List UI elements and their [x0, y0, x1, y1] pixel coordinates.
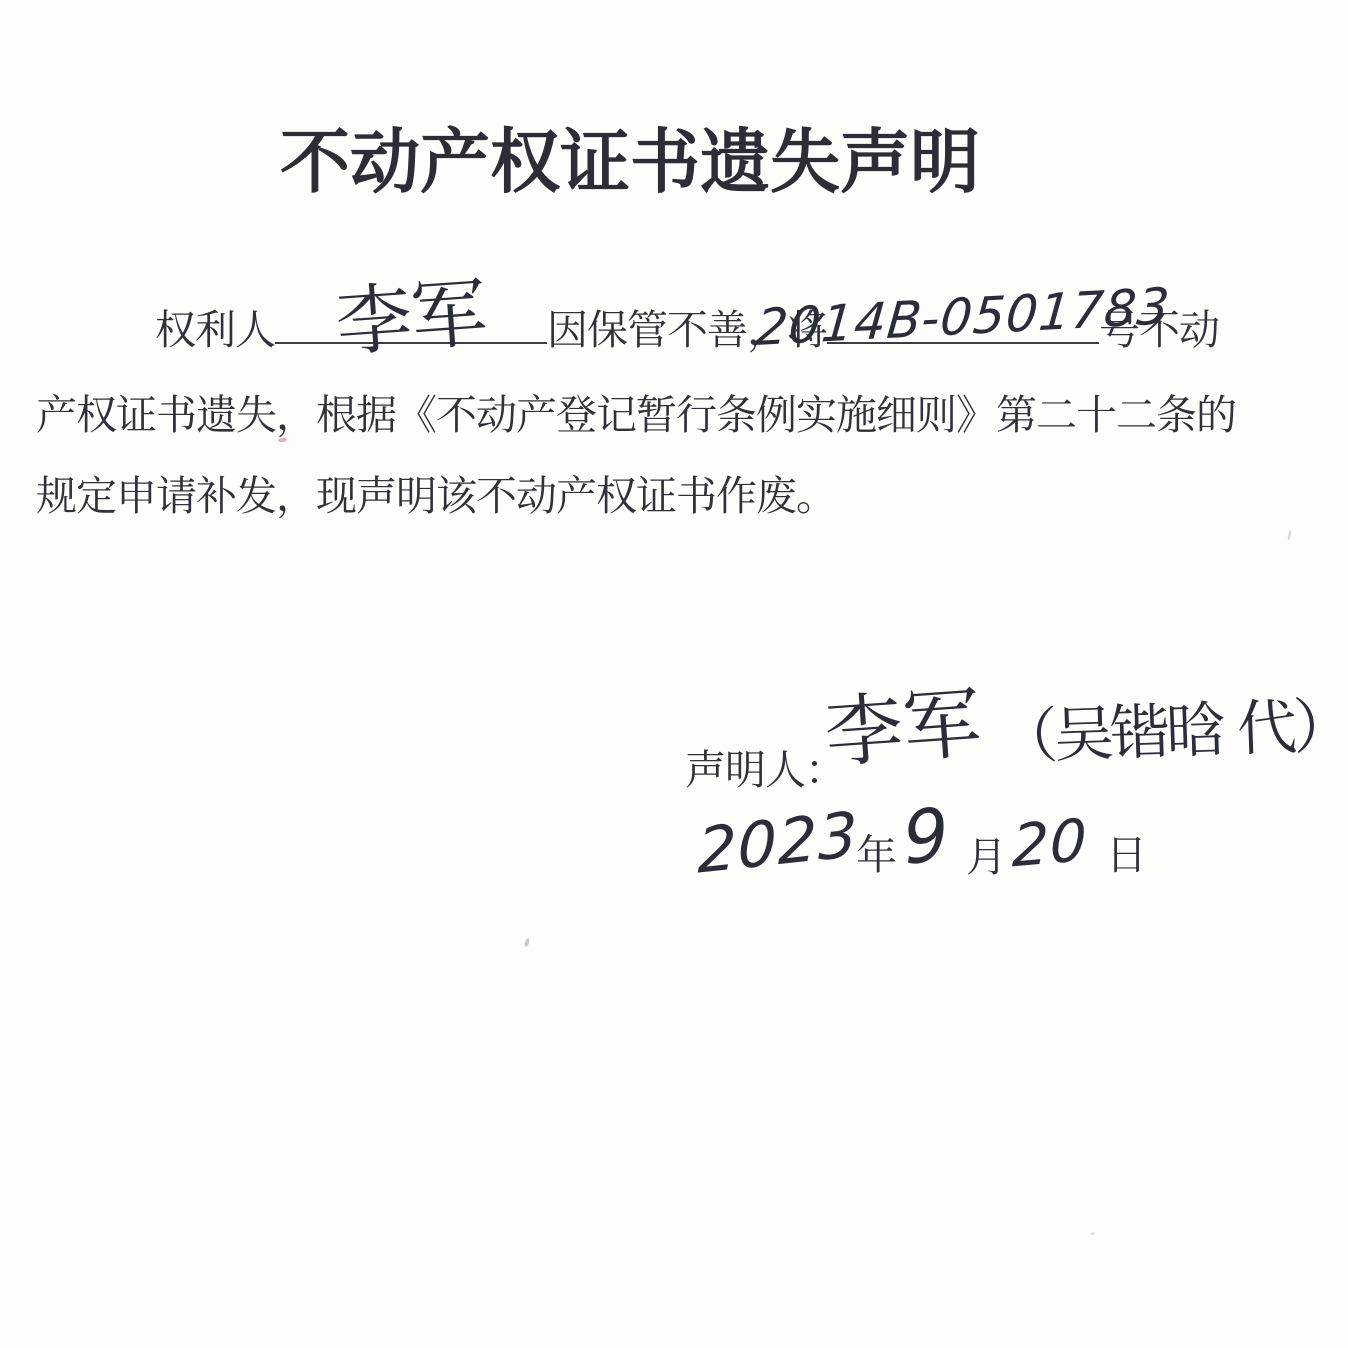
- holder-label: 权利人: [155, 297, 275, 356]
- scan-speck: [278, 437, 287, 442]
- signer-name-handwriting: 李军: [822, 685, 983, 774]
- day-label: 日: [1106, 822, 1147, 881]
- proxy-note-handwriting: （吴锴晗 代）: [997, 696, 1348, 768]
- scanned-declaration-document: 不动产权证书遗失声明 权利人李军因保管不善，将2014B-0501783号不动 …: [0, 0, 1348, 1348]
- holder-name-blank: 李军: [275, 296, 547, 344]
- document-title: 不动产权证书遗失声明: [0, 106, 1304, 207]
- day-handwriting: 20: [1012, 811, 1089, 876]
- scan-speck: [1287, 530, 1292, 540]
- scan-speck: [524, 938, 531, 948]
- month-handwriting: 9: [901, 797, 952, 876]
- holder-name-handwriting: 李军: [334, 275, 489, 361]
- month-label: 月: [966, 824, 1007, 883]
- body-line-1: 权利人李军因保管不善，将2014B-0501783号不动: [155, 296, 1219, 356]
- year-label: 年: [856, 822, 897, 881]
- body-line-3: 规定申请补发，现声明该不动产权证书作废。: [36, 463, 836, 522]
- scan-speck: [1090, 1232, 1095, 1235]
- body-line-2: 产权证书遗失，根据《不动产登记暂行条例实施细则》第二十二条的: [36, 382, 1236, 441]
- year-handwriting: 2023: [697, 803, 858, 882]
- declarant-label: 声明人：: [685, 737, 845, 796]
- certificate-number-blank: 2014B-0501783: [827, 296, 1099, 344]
